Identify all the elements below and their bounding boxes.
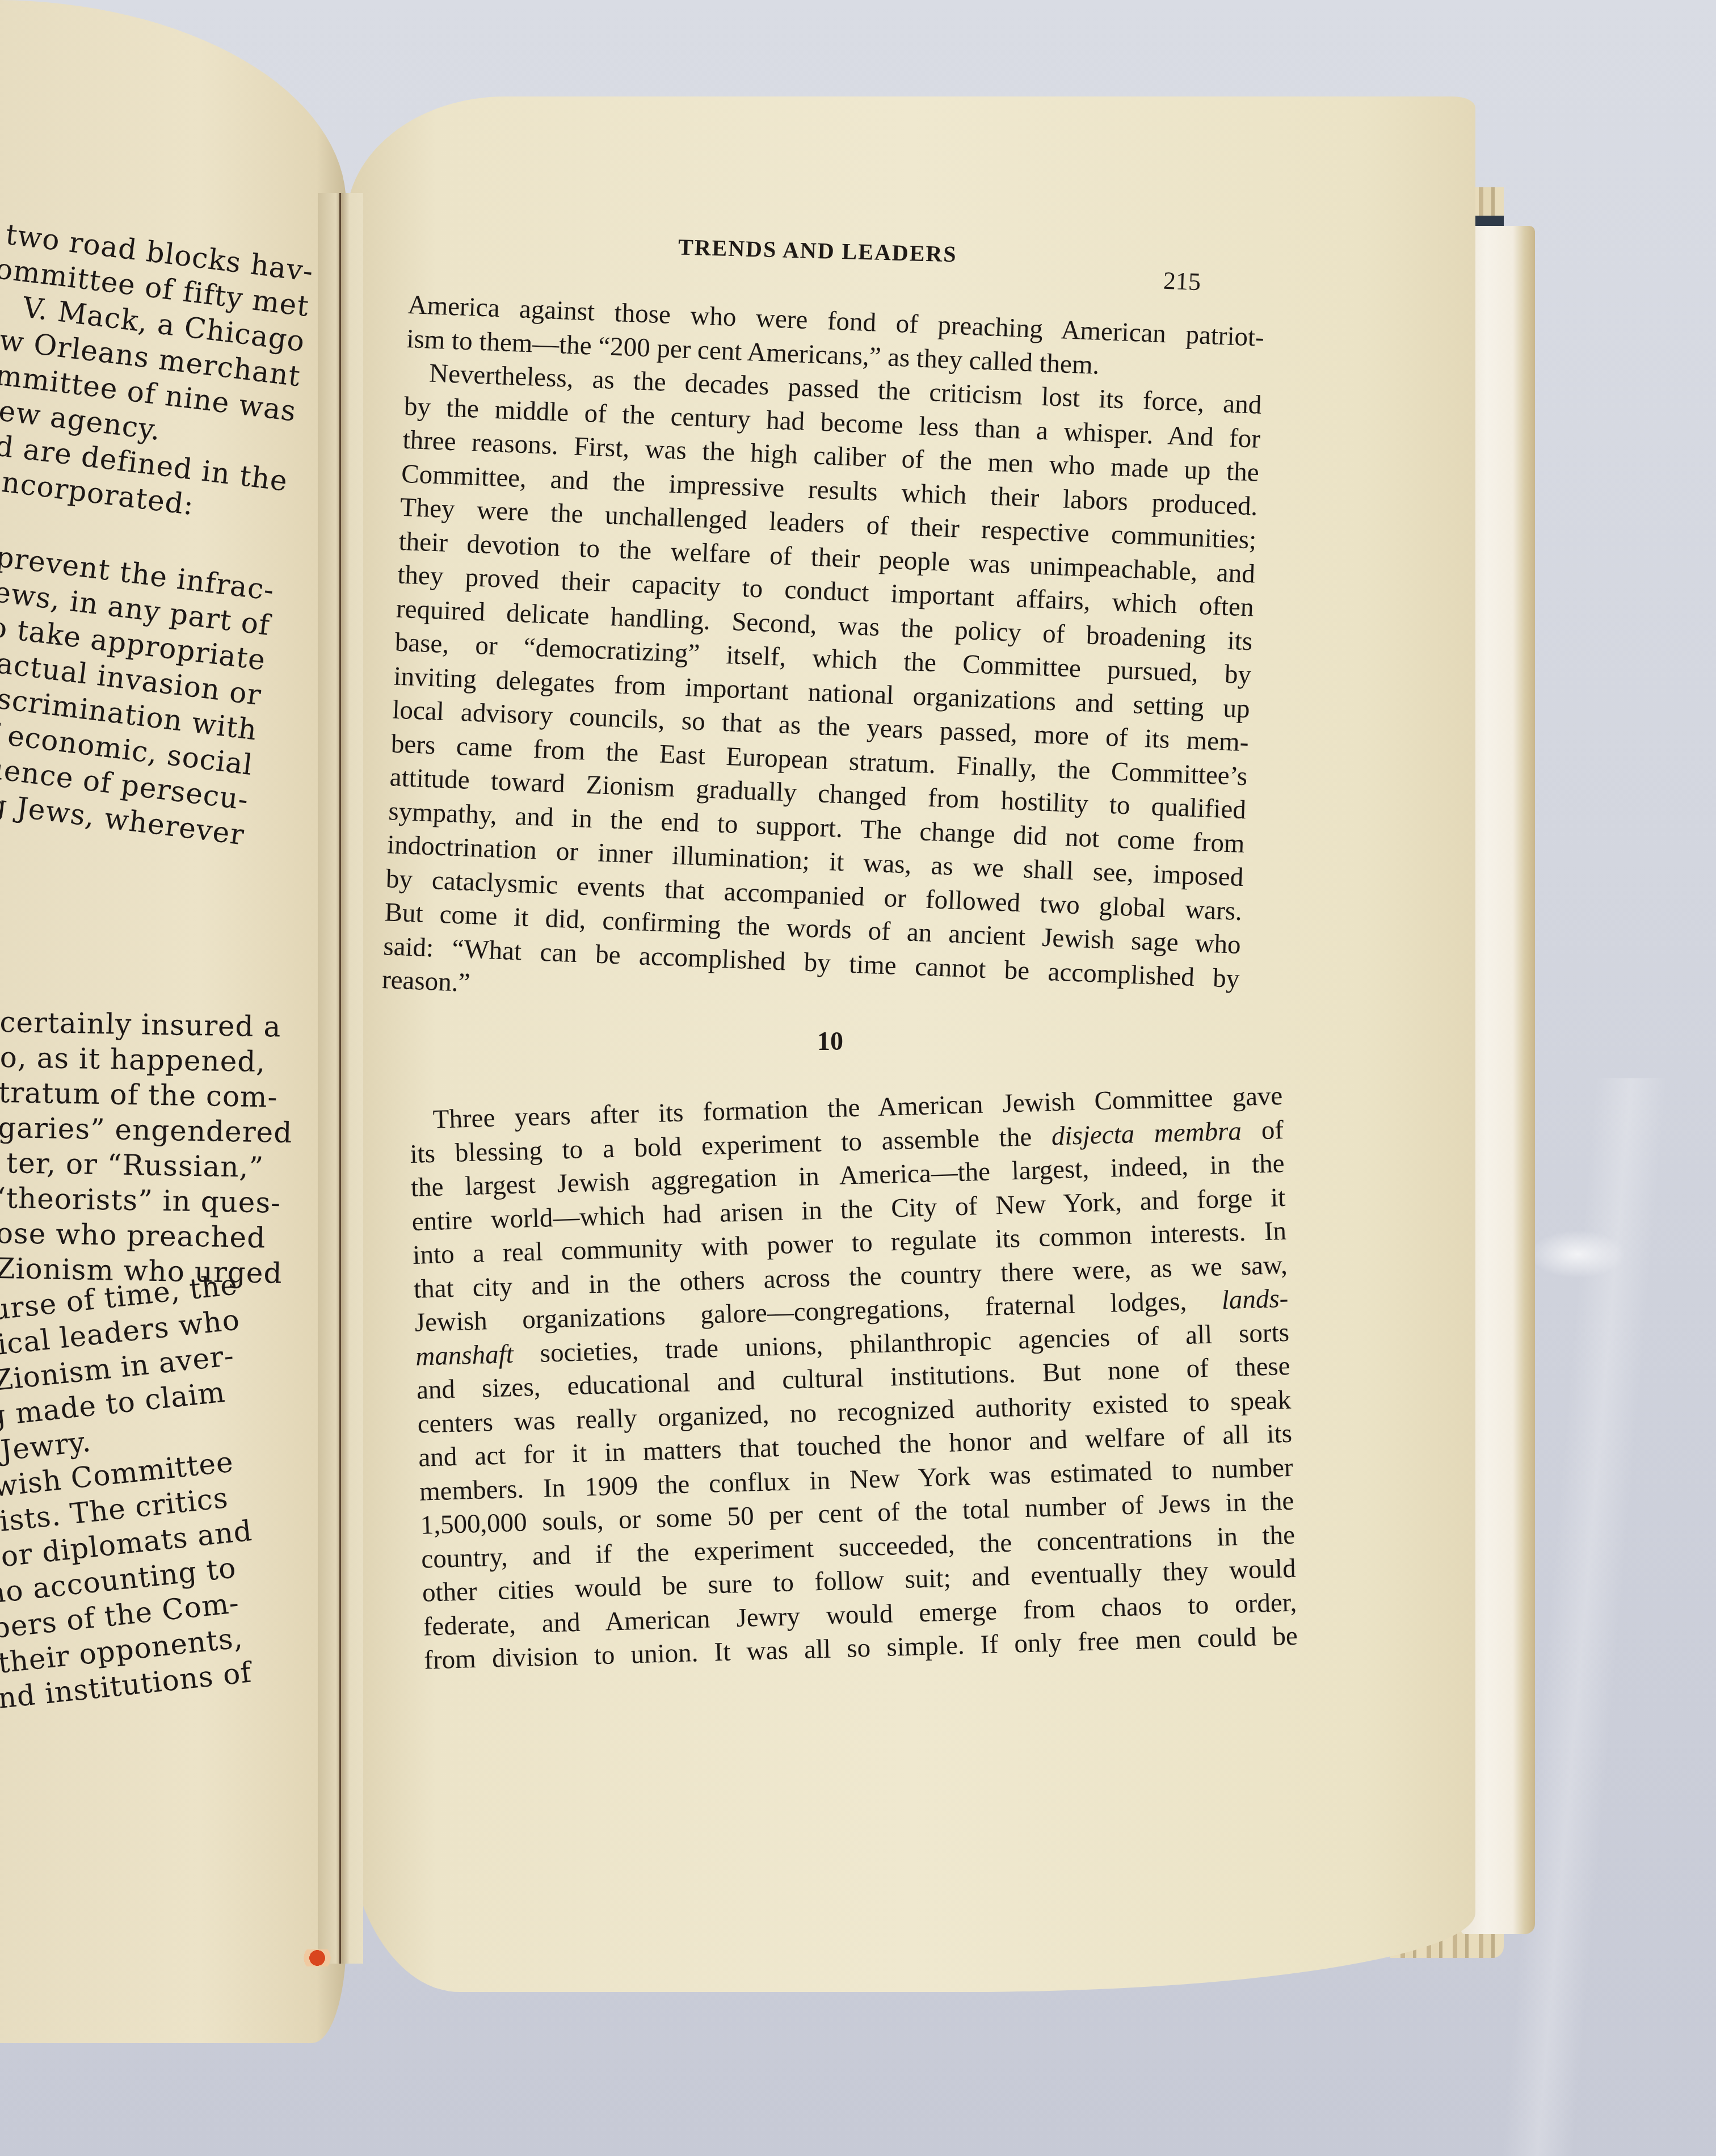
headband-icon (304, 1949, 338, 1966)
text-line: tratum of the com- (0, 1075, 266, 1115)
italic-latin-phrase: disjecta membra (1051, 1116, 1242, 1151)
text-segment: of (1241, 1115, 1284, 1145)
paragraph-continuation: America against those who were fond of p… (381, 288, 1265, 1030)
text-line: ose who preached (0, 1216, 263, 1255)
text-line: certainly insured a (0, 1005, 267, 1044)
italic-yiddish-term: manshaft (415, 1339, 514, 1372)
page-number: 215 (1163, 266, 1201, 296)
text-line: ‘theorists” in ques- (0, 1180, 264, 1220)
text-line: ter, or “Russian,” (0, 1145, 264, 1185)
text-line: o, as it happened, (0, 1040, 266, 1079)
left-page-text-block-3: course of time, the adical leaders who d… (0, 1270, 249, 1716)
section-number: 10 (817, 1026, 843, 1056)
left-page-text-block-2: certainly insured a o, as it happened, t… (0, 1005, 267, 1291)
spine-fold-line (339, 193, 341, 1964)
italic-yiddish-term: lands- (1221, 1284, 1289, 1315)
section-paragraph: Three years after its formation the Amer… (409, 1079, 1298, 1678)
text-line: garies” engendered (0, 1110, 265, 1150)
